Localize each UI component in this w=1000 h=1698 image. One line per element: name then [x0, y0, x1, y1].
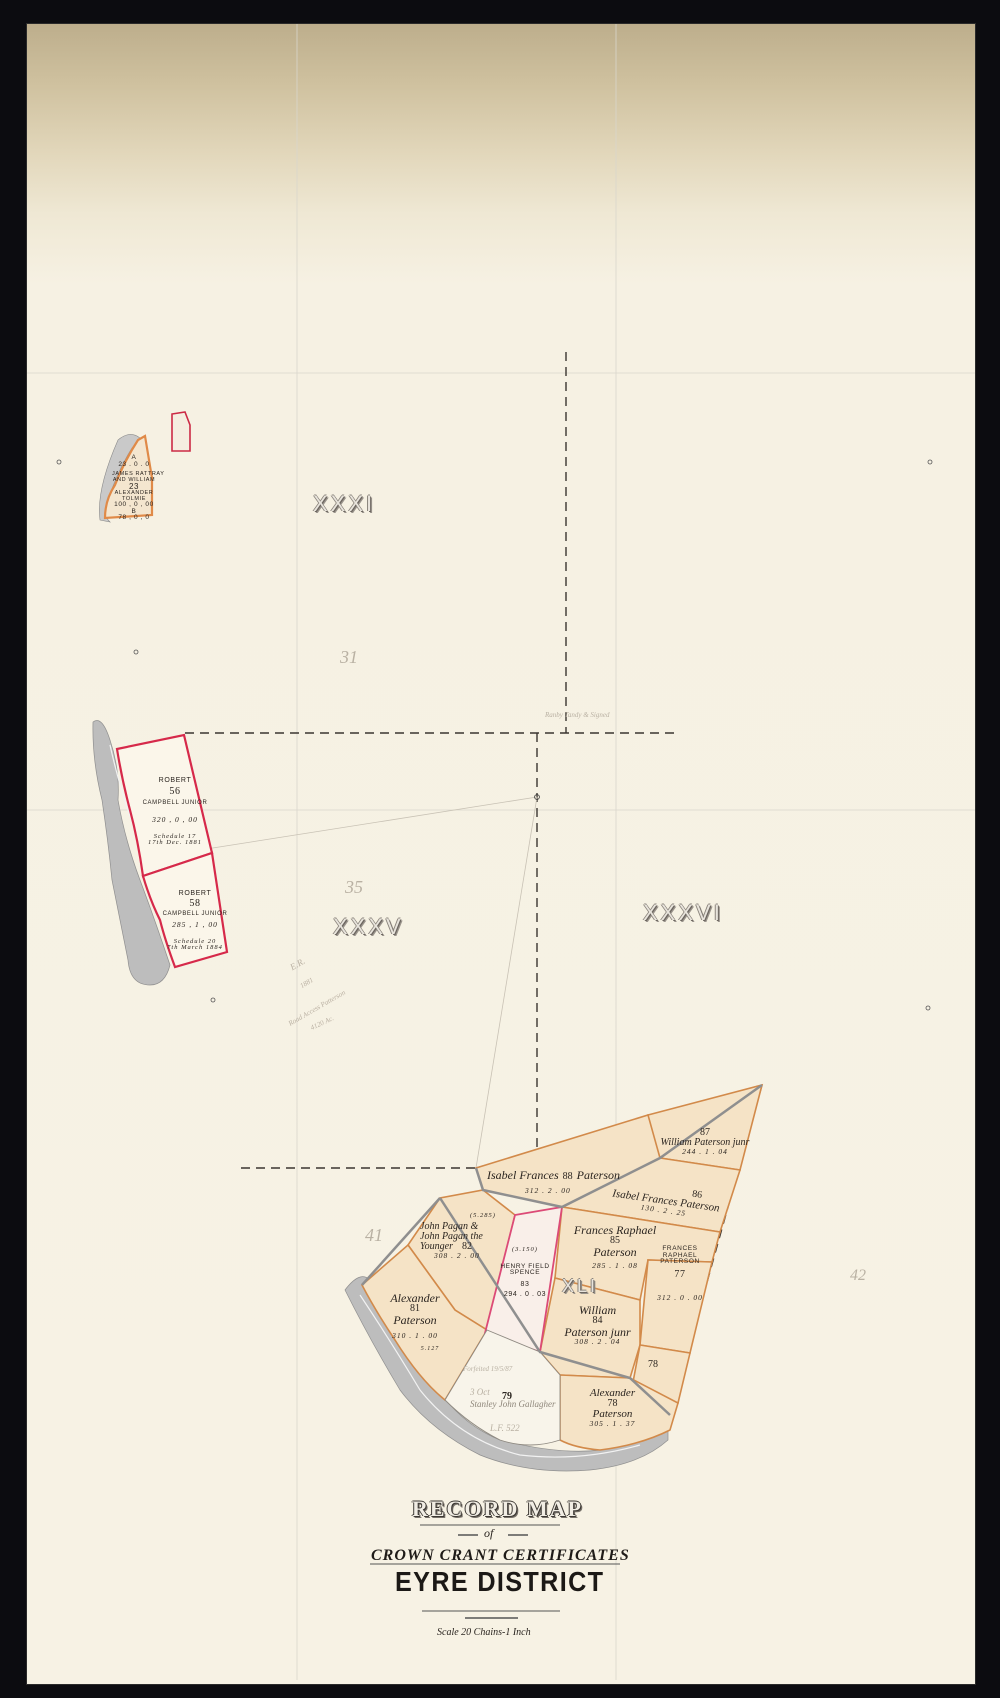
parcel-56[interactable]: ROBERT 56 CAMPBELL JUNIOR 320 , 0 , 00 S… [140, 777, 210, 847]
parcel-82[interactable]: (5.285) John Pagan & John Pagan the Youn… [420, 1213, 496, 1259]
block-label-xxxvi: XXXVI [643, 902, 723, 924]
parcel-number: 83 [495, 1281, 555, 1288]
parcel-23[interactable]: A 23 . 0 . 0 JAMES RATTRAY AND WILLIAM 2… [112, 455, 156, 522]
pencil-note-42: 42 [850, 1268, 866, 1284]
parcel-87[interactable]: 87 William Paterson junr 244 . 1 . 04 [655, 1128, 755, 1156]
parcel-85[interactable]: Frances Raphael 85 Paterson 285 . 1 . 08 [570, 1224, 660, 1270]
parcel-78-north[interactable]: 78 [648, 1360, 658, 1370]
parcel-number: 56 [140, 787, 210, 797]
parcel-58[interactable]: ROBERT 58 CAMPBELL JUNIOR 285 , 1 , 00 S… [160, 890, 230, 952]
parcel-83[interactable]: (3.150) HENRY FIELD SPENCE 83 294 . 0 . … [495, 1247, 555, 1298]
pencil-note-31: 31 [340, 648, 358, 666]
title-of: of [484, 1527, 493, 1539]
title-district: EYRE DISTRICT [395, 1568, 604, 1596]
block-label-xli: XLI [562, 1277, 598, 1295]
parcel-number: 58 [160, 899, 230, 909]
title-record-map: RECORD MAP [412, 1498, 583, 1520]
block-label-xxxv: XXXV [333, 916, 404, 938]
parcel-number: 88 [563, 1171, 573, 1182]
parcel-88[interactable]: Isabel Frances 88 Paterson 312 . 2 . 00 [487, 1167, 620, 1195]
parcel-79[interactable]: 79 [502, 1392, 512, 1402]
block-label-xxxi: XXXI [313, 493, 375, 515]
title-crown-grant: CROWN CRANT CERTIFICATES [371, 1548, 630, 1564]
parcel-number: 77 [650, 1270, 710, 1280]
parcel-79-forfeited: Forfeited 19/5/87 [463, 1366, 512, 1373]
parcel-81[interactable]: Alexander 81 Paterson 310 . 1 . 00 5.127 [380, 1292, 450, 1352]
pencil-note-35: 35 [345, 878, 363, 896]
map-scale: Scale 20 Chains-1 Inch [437, 1628, 531, 1638]
parcel-78[interactable]: Alexander 78 Paterson 305 . 1 . 37 [575, 1388, 650, 1428]
parcel-79-owner: Stanley John Gallagher [470, 1400, 555, 1409]
parcel-84[interactable]: William 84 Paterson junr 308 . 2 . 04 [555, 1304, 640, 1346]
parcel-77[interactable]: FRANCES RAPHAEL PATERSON 77 312 . 0 . 00 [650, 1246, 710, 1301]
pencil-note-41: 41 [365, 1226, 383, 1244]
map-drawing [0, 0, 1000, 1698]
